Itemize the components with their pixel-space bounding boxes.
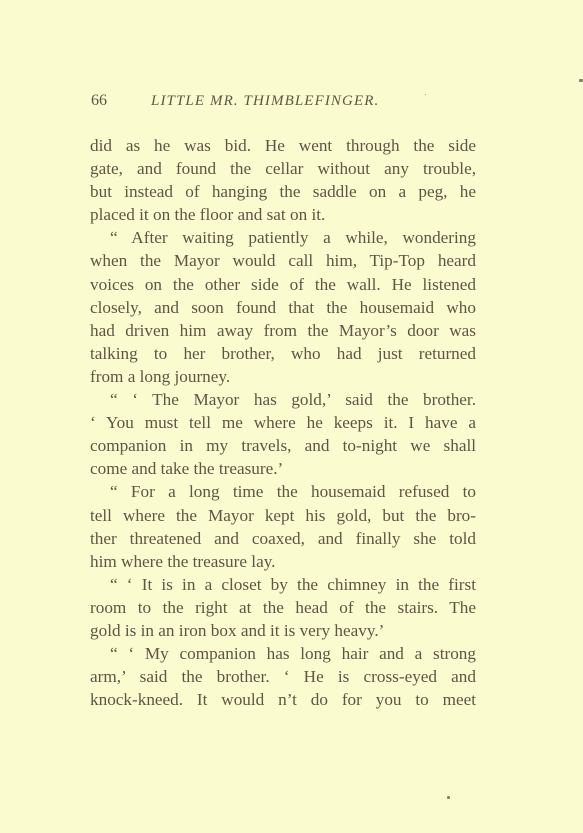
page-number: 66 xyxy=(91,91,107,111)
body-text: did as he was bid. He went through the s… xyxy=(90,134,476,711)
text-line: “ For a long time the housemaid refused … xyxy=(90,480,476,503)
text-line: gate, and found the cellar without any t… xyxy=(90,157,476,180)
text-line: tell where the Mayor kept his gold, but … xyxy=(90,504,476,527)
text-line: “ After waiting patiently a while, wonde… xyxy=(90,226,476,249)
text-line: him where the treasure lay. xyxy=(90,550,476,573)
text-line: come and take the treasure.’ xyxy=(90,457,476,480)
text-line: placed it on the floor and sat on it. xyxy=(90,203,476,226)
running-head: 66 LITTLE MR. THIMBLEFINGER. xyxy=(91,91,481,111)
text-line: had driven him away from the Mayor’s doo… xyxy=(90,319,476,342)
text-line: gold is in an iron box and it is very he… xyxy=(90,619,476,642)
text-line: when the Mayor would call him, Tip-Top h… xyxy=(90,249,476,272)
book-page: 66 LITTLE MR. THIMBLEFINGER. did as he w… xyxy=(0,0,583,833)
text-line: ‘ You must tell me where he keeps it. I … xyxy=(90,411,476,434)
text-line: talking to her brother, who had just ret… xyxy=(90,342,476,365)
text-line: voices on the other side of the wall. He… xyxy=(90,273,476,296)
text-line: “ ‘ The Mayor has gold,’ said the brothe… xyxy=(90,388,476,411)
text-line: ther threatened and coaxed, and finally … xyxy=(90,527,476,550)
text-line: “ ‘ It is in a closet by the chimney in … xyxy=(90,573,476,596)
text-line: room to the right at the head of the sta… xyxy=(90,596,476,619)
text-line: from a long journey. xyxy=(90,365,476,388)
text-line: arm,’ said the brother. ‘ He is cross-ey… xyxy=(90,665,476,688)
book-title: LITTLE MR. THIMBLEFINGER. xyxy=(151,91,379,111)
paper-speck xyxy=(425,94,426,95)
text-line: companion in my travels, and to-night we… xyxy=(90,434,476,457)
text-line: closely, and soon found that the housema… xyxy=(90,296,476,319)
paper-speck xyxy=(579,79,583,82)
text-line: but instead of hanging the saddle on a p… xyxy=(90,180,476,203)
paper-speck xyxy=(447,796,450,799)
text-line: “ ‘ My companion has long hair and a str… xyxy=(90,642,476,665)
text-line: did as he was bid. He went through the s… xyxy=(90,134,476,157)
text-line: knock-kneed. It would n’t do for you to … xyxy=(90,688,476,711)
